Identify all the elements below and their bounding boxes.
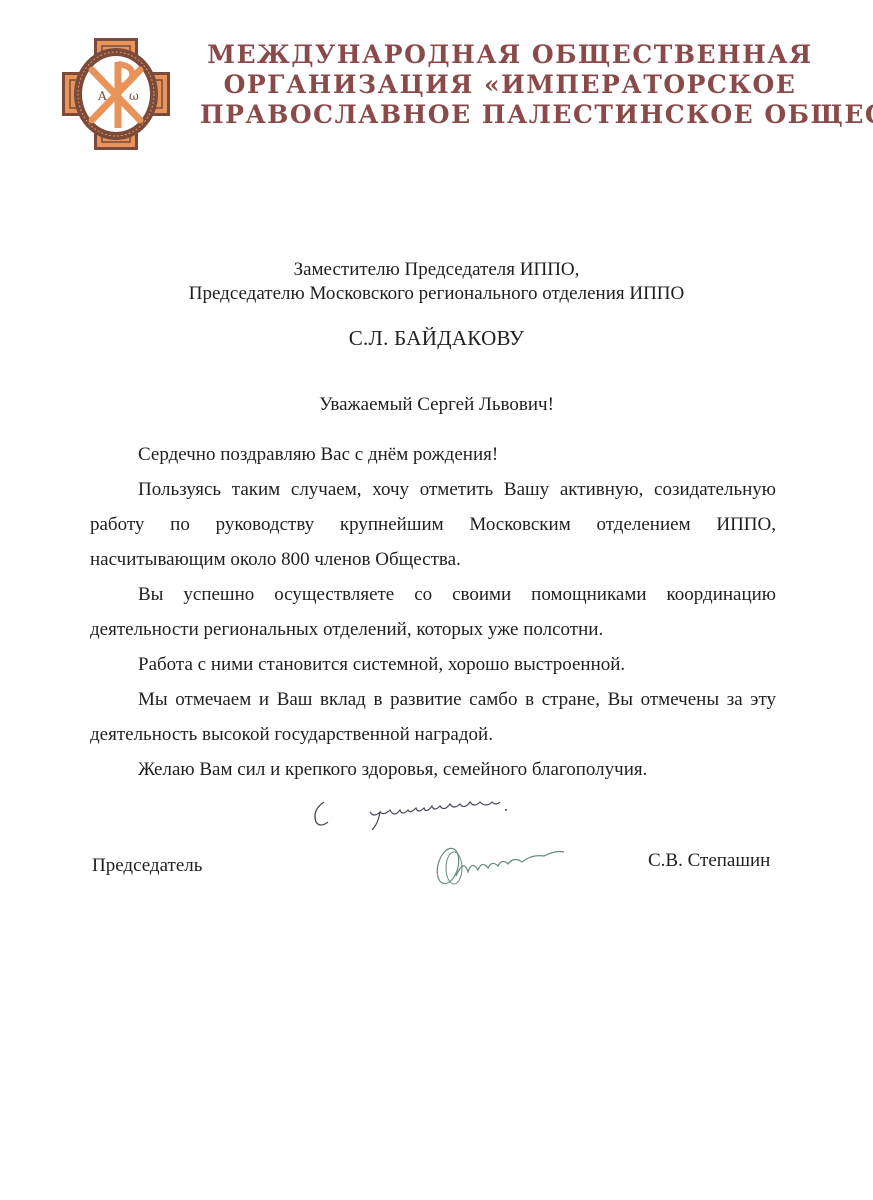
- addressee-line-1: Заместителю Председателя ИППО,: [0, 258, 873, 282]
- signature: [432, 838, 572, 888]
- salutation: Уважаемый Сергей Львович!: [0, 394, 873, 416]
- letterhead-title: МЕЖДУНАРОДНАЯ ОБЩЕСТВЕННАЯ ОРГАНИЗАЦИЯ «…: [200, 40, 820, 130]
- signatory-name: С.В. Степашин: [648, 850, 770, 872]
- svg-text:ω: ω: [129, 89, 139, 103]
- paragraph-2: Пользуясь таким случаем, хочу отметить В…: [90, 472, 776, 577]
- paragraph-5: Мы отмечаем и Ваш вклад в развитие самбо…: [90, 682, 776, 752]
- signatory-title: Председатель: [92, 855, 202, 877]
- organization-logo: A ω: [60, 36, 172, 152]
- signature-icon: [432, 838, 572, 888]
- chi-rho-cross-emblem-icon: A ω: [60, 36, 172, 152]
- letterhead-line-1: МЕЖДУНАРОДНАЯ ОБЩЕСТВЕННАЯ: [200, 40, 820, 70]
- addressee-line-2: Председателю Московского регионального о…: [0, 282, 873, 306]
- letterhead-line-2: ОРГАНИЗАЦИЯ «ИМПЕРАТОРСКОЕ: [200, 70, 820, 100]
- paragraph-6: Желаю Вам сил и крепкого здоровья, семей…: [90, 752, 776, 787]
- addressee-block: Заместителю Председателя ИППО, Председат…: [0, 258, 873, 306]
- paragraph-1: Сердечно поздравляю Вас с днём рождения!: [90, 437, 776, 472]
- paragraph-4: Работа с ними становится системной, хоро…: [90, 647, 776, 682]
- paragraph-3: Вы успешно осуществляете со своими помощ…: [90, 577, 776, 647]
- recipient-name: С.Л. БАЙДАКОВУ: [0, 326, 873, 351]
- handwriting-regards-icon: [310, 788, 550, 838]
- letterhead-line-3: ПРАВОСЛАВНОЕ ПАЛЕСТИНСКОЕ ОБЩЕСТВО»: [200, 100, 820, 130]
- handwritten-regards: [310, 788, 550, 838]
- letter-body: Сердечно поздравляю Вас с днём рождения!…: [90, 437, 776, 787]
- svg-text:A: A: [97, 89, 107, 103]
